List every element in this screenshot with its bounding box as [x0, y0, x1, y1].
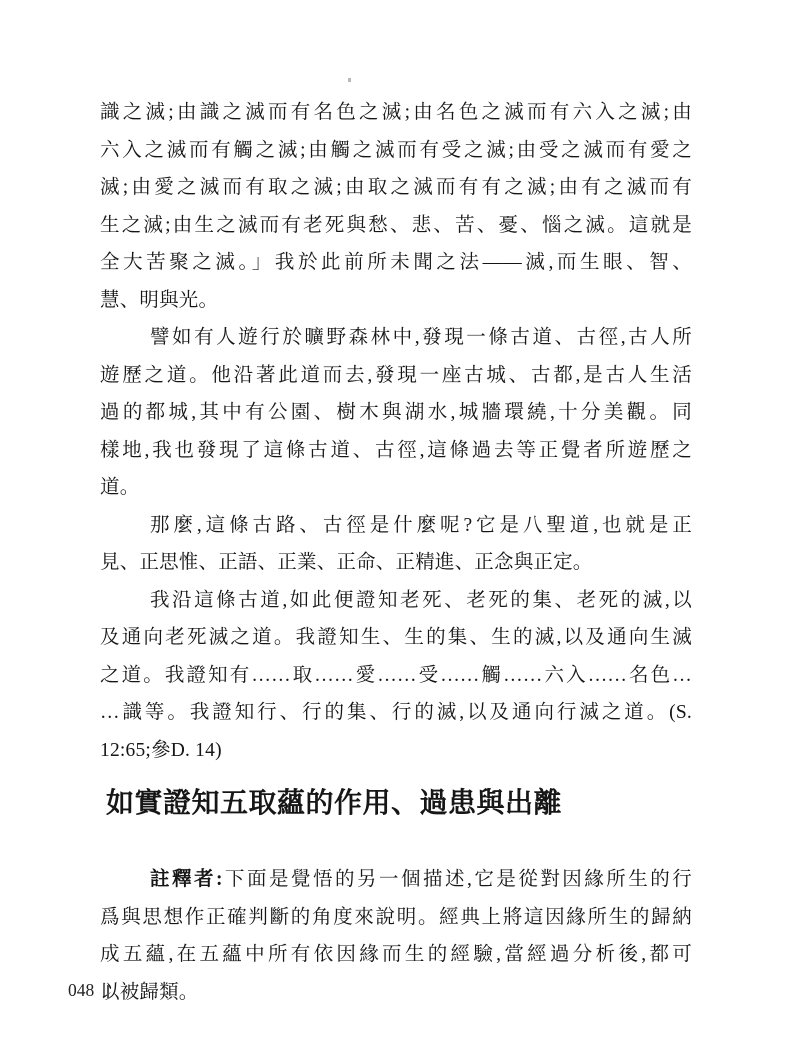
text-line: 我沿這條古道,如此便證知老死、老死的集、老死的滅,以 — [100, 582, 692, 620]
text-line: 爲與思想作正確判斷的角度來說明。經典上將這因緣所生的歸納 — [100, 899, 692, 937]
paragraph: 那麼,這條古路、古徑是什麼呢?它是八聖道,也就是正見、正思惟、正語、正業、正命、… — [100, 507, 692, 582]
paragraph: 譬如有人遊行於曠野森林中,發現一條古道、古徑,古人所遊歷之道。他沿著此道而去,發… — [100, 319, 692, 507]
text-line: 譬如有人遊行於曠野森林中,發現一條古道、古徑,古人所 — [100, 319, 692, 357]
text-line: 遊歷之道。他沿著此道而去,發現一座古城、古都,是古人生活 — [100, 357, 692, 395]
paragraph: 我沿這條古道,如此便證知老死、老死的集、老死的滅,以及通向老死滅之道。我證知生、… — [100, 582, 692, 770]
text-line: 以被歸類。 — [100, 974, 692, 1012]
text-line: 之道。我證知有……取……愛……受……觸……六入……名色… — [100, 657, 692, 695]
text-line: 六入之滅而有觸之滅;由觸之滅而有受之滅;由受之滅而有愛之 — [100, 132, 692, 170]
footer-divider — [107, 985, 109, 998]
text-line: 生之滅;由生之滅而有老死與愁、悲、苦、憂、惱之滅。這就是 — [100, 207, 692, 245]
text-line: 那麼,這條古路、古徑是什麼呢?它是八聖道,也就是正 — [100, 507, 692, 545]
scan-speck — [348, 78, 351, 82]
text-line: 道。 — [100, 469, 692, 507]
commentator-label: 註釋者: — [150, 869, 223, 890]
text-line: 全大苦聚之滅。」我於此前所未聞之法——滅,而生眼、智、 — [100, 244, 692, 282]
text-line: 12:65;參D. 14) — [100, 732, 692, 770]
text-block: 識之滅;由識之滅而有名色之滅;由名色之滅而有六入之滅;由六入之滅而有觸之滅;由觸… — [100, 94, 692, 1011]
text-line: …識等。我證知行、行的集、行的滅,以及通向行滅之道。(S. — [100, 694, 692, 732]
text-line: 識之滅;由識之滅而有名色之滅;由名色之滅而有六入之滅;由 — [100, 94, 692, 132]
text-line: 註釋者:下面是覺悟的另一個描述,它是從對因緣所生的行 — [100, 861, 692, 899]
paragraph: 註釋者:下面是覺悟的另一個描述,它是從對因緣所生的行爲與思想作正確判斷的角度來說… — [100, 861, 692, 1011]
text-line: 樣地,我也發現了這條古道、古徑,這條過去等正覺者所遊歷之 — [100, 432, 692, 470]
text-line: 過的都城,其中有公園、樹木與湖水,城牆環繞,十分美觀。同 — [100, 394, 692, 432]
page-number: 048 — [68, 980, 94, 1001]
text-line: 見、正思惟、正語、正業、正命、正精進、正念與正定。 — [100, 544, 692, 582]
paragraph: 識之滅;由識之滅而有名色之滅;由名色之滅而有六入之滅;由六入之滅而有觸之滅;由觸… — [100, 94, 692, 319]
page-footer: 048 — [68, 980, 109, 1001]
book-page: 識之滅;由識之滅而有名色之滅;由名色之滅而有六入之滅;由六入之滅而有觸之滅;由觸… — [0, 0, 792, 1056]
text-line: 滅;由愛之滅而有取之滅;由取之滅而有有之滅;由有之滅而有 — [100, 169, 692, 207]
text-line: 慧、明與光。 — [100, 282, 692, 320]
text-line: 及通向老死滅之道。我證知生、生的集、生的滅,以及通向生滅 — [100, 619, 692, 657]
text-line: 成五蘊,在五蘊中所有依因緣而生的經驗,當經過分析後,都可 — [100, 936, 692, 974]
section-heading: 如實證知五取蘊的作用、過患與出離 — [106, 781, 692, 827]
